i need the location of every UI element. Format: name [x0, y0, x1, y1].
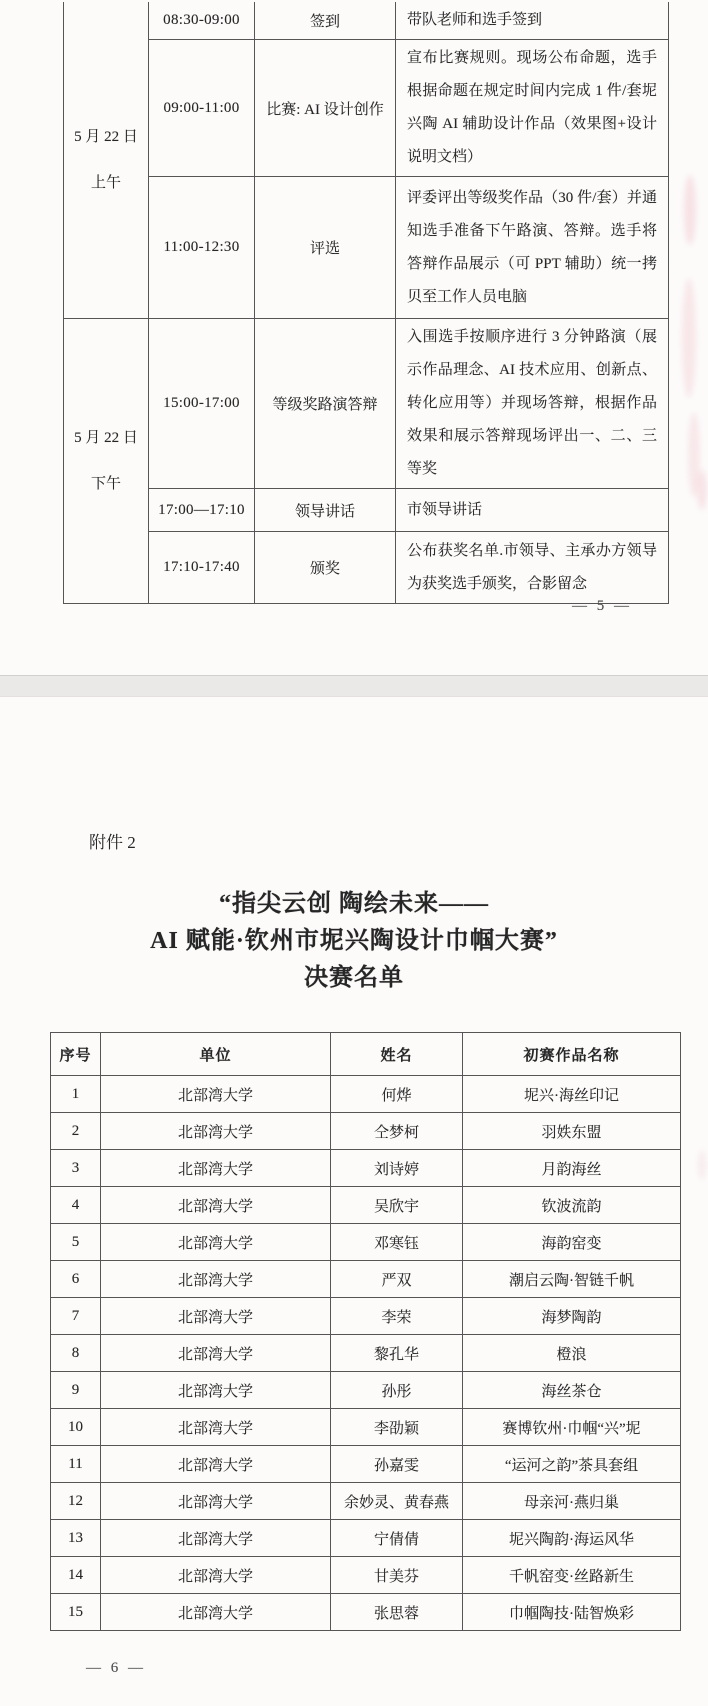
cell-unit: 北部湾大学 — [101, 1557, 331, 1594]
schedule-activity: 颁奖 — [255, 532, 396, 604]
table-row: 14 北部湾大学 甘美芬 千帆窑变·丝路新生 — [51, 1557, 681, 1594]
title-line-2: AI 赋能·钦州市坭兴陶设计巾帼大赛” — [0, 923, 708, 960]
schedule-table: 5 月 22 日 上午 08:30-09:00 签到 带队老师和选手签到 09:… — [63, 2, 669, 604]
table-row: 5 北部湾大学 邓寒钰 海韵窑变 — [51, 1224, 681, 1261]
schedule-detail: 市领导讲话 — [396, 489, 669, 532]
cell-unit: 北部湾大学 — [101, 1187, 331, 1224]
schedule-activity: 比赛: AI 设计创作 — [255, 40, 396, 177]
cell-no: 4 — [51, 1187, 101, 1224]
finalists-table: 序号 单位 姓名 初赛作品名称 1 北部湾大学 何烨 坭兴·海丝印记 2 北部湾… — [50, 1032, 681, 1631]
col-header-unit: 单位 — [101, 1033, 331, 1076]
schedule-session-afternoon: 5 月 22 日 下午 — [64, 319, 149, 604]
attachment-label: 附件 2 — [89, 828, 136, 853]
table-row: 13 北部湾大学 宁倩倩 坭兴陶韵·海运风华 — [51, 1520, 681, 1557]
scan-ink-smudge — [698, 1150, 706, 1180]
table-row: 15 北部湾大学 张思蓉 巾帼陶技·陆智焕彩 — [51, 1594, 681, 1631]
cell-no: 9 — [51, 1372, 101, 1409]
page-number-5: — 5 — — [572, 598, 632, 615]
cell-work: 母亲河·燕归巢 — [463, 1483, 681, 1520]
cell-work: 海韵窑变 — [463, 1224, 681, 1261]
schedule-time: 08:30-09:00 — [149, 2, 255, 40]
schedule-activity: 签到 — [255, 2, 396, 40]
cell-no: 15 — [51, 1594, 101, 1631]
schedule-time: 09:00-11:00 — [149, 40, 255, 177]
cell-name: 何烨 — [331, 1076, 463, 1113]
schedule-detail: 评委评出等级奖作品（30 件/套）并通知选手准备下午路演、答辩。选手将答辩作品展… — [396, 177, 669, 319]
cell-name: 李荣 — [331, 1298, 463, 1335]
scan-ink-smudge — [684, 175, 696, 245]
cell-work: 海丝茶仓 — [463, 1372, 681, 1409]
table-row: 8 北部湾大学 黎孔华 橙浪 — [51, 1335, 681, 1372]
schedule-detail: 带队老师和选手签到 — [396, 2, 669, 40]
cell-no: 1 — [51, 1076, 101, 1113]
page-break-divider — [0, 675, 708, 697]
cell-unit: 北部湾大学 — [101, 1483, 331, 1520]
cell-name: 孙彤 — [331, 1372, 463, 1409]
schedule-detail: 公布获奖名单.市领导、主承办方领导为获奖选手颁奖，合影留念 — [396, 532, 669, 604]
schedule-detail: 宣布比赛规则。现场公布命题，选手根据命题在规定时间内完成 1 件/套坭兴陶 AI… — [396, 40, 669, 177]
cell-name: 孙嘉雯 — [331, 1446, 463, 1483]
cell-no: 14 — [51, 1557, 101, 1594]
cell-work: 月韵海丝 — [463, 1150, 681, 1187]
cell-name: 邓寒钰 — [331, 1224, 463, 1261]
scan-ink-smudge — [682, 278, 696, 398]
schedule-time: 11:00-12:30 — [149, 177, 255, 319]
page-number-6: — 6 — — [86, 1660, 146, 1677]
cell-work: 赛博钦州·巾帼“兴”坭 — [463, 1409, 681, 1446]
table-row: 12 北部湾大学 余妙灵、黄春燕 母亲河·燕归巢 — [51, 1483, 681, 1520]
table-row: 7 北部湾大学 李荣 海梦陶韵 — [51, 1298, 681, 1335]
cell-no: 6 — [51, 1261, 101, 1298]
scan-ink-smudge — [688, 412, 700, 497]
cell-name: 李劭颖 — [331, 1409, 463, 1446]
cell-work: 千帆窑变·丝路新生 — [463, 1557, 681, 1594]
cell-no: 3 — [51, 1150, 101, 1187]
table-row: 3 北部湾大学 刘诗婷 月韵海丝 — [51, 1150, 681, 1187]
cell-work: 羽妷东盟 — [463, 1113, 681, 1150]
cell-name: 刘诗婷 — [331, 1150, 463, 1187]
cell-name: 仝梦柯 — [331, 1113, 463, 1150]
cell-name: 严双 — [331, 1261, 463, 1298]
finalists-header-row: 序号 单位 姓名 初赛作品名称 — [51, 1033, 681, 1076]
cell-work: 潮启云陶·智链千帆 — [463, 1261, 681, 1298]
cell-unit: 北部湾大学 — [101, 1520, 331, 1557]
schedule-activity: 评选 — [255, 177, 396, 319]
cell-unit: 北部湾大学 — [101, 1335, 331, 1372]
table-row: 6 北部湾大学 严双 潮启云陶·智链千帆 — [51, 1261, 681, 1298]
cell-name: 吴欣宇 — [331, 1187, 463, 1224]
cell-unit: 北部湾大学 — [101, 1298, 331, 1335]
document-title: “指尖云创 陶绘未来—— AI 赋能·钦州市坭兴陶设计巾帼大赛” 决赛名单 — [0, 886, 708, 997]
title-line-1: “指尖云创 陶绘未来—— — [0, 886, 708, 923]
schedule-time: 17:00—17:10 — [149, 489, 255, 532]
cell-name: 余妙灵、黄春燕 — [331, 1483, 463, 1520]
cell-unit: 北部湾大学 — [101, 1261, 331, 1298]
cell-work: 巾帼陶技·陆智焕彩 — [463, 1594, 681, 1631]
cell-work: 坭兴·海丝印记 — [463, 1076, 681, 1113]
schedule-time: 17:10-17:40 — [149, 532, 255, 604]
cell-no: 10 — [51, 1409, 101, 1446]
cell-name: 张思蓉 — [331, 1594, 463, 1631]
cell-no: 2 — [51, 1113, 101, 1150]
table-row: 11 北部湾大学 孙嘉雯 “运河之韵”茶具套组 — [51, 1446, 681, 1483]
table-row: 10 北部湾大学 李劭颖 赛博钦州·巾帼“兴”坭 — [51, 1409, 681, 1446]
col-header-no: 序号 — [51, 1033, 101, 1076]
cell-name: 宁倩倩 — [331, 1520, 463, 1557]
cell-unit: 北部湾大学 — [101, 1409, 331, 1446]
session-period: 下午 — [65, 461, 147, 507]
cell-unit: 北部湾大学 — [101, 1224, 331, 1261]
col-header-work: 初赛作品名称 — [463, 1033, 681, 1076]
table-row: 1 北部湾大学 何烨 坭兴·海丝印记 — [51, 1076, 681, 1113]
cell-name: 黎孔华 — [331, 1335, 463, 1372]
table-row: 2 北部湾大学 仝梦柯 羽妷东盟 — [51, 1113, 681, 1150]
session-period: 上午 — [65, 160, 147, 206]
table-row: 9 北部湾大学 孙彤 海丝茶仓 — [51, 1372, 681, 1409]
session-date: 5 月 22 日 — [65, 114, 147, 160]
cell-work: 坭兴陶韵·海运风华 — [463, 1520, 681, 1557]
cell-no: 7 — [51, 1298, 101, 1335]
cell-unit: 北部湾大学 — [101, 1446, 331, 1483]
cell-unit: 北部湾大学 — [101, 1076, 331, 1113]
col-header-name: 姓名 — [331, 1033, 463, 1076]
cell-no: 11 — [51, 1446, 101, 1483]
cell-no: 12 — [51, 1483, 101, 1520]
title-line-3: 决赛名单 — [0, 960, 708, 997]
cell-no: 8 — [51, 1335, 101, 1372]
schedule-detail: 入围选手按顺序进行 3 分钟路演（展示作品理念、AI 技术应用、创新点、转化应用… — [396, 319, 669, 489]
schedule-activity: 等级奖路演答辩 — [255, 319, 396, 489]
schedule-activity: 领导讲话 — [255, 489, 396, 532]
schedule-time: 15:00-17:00 — [149, 319, 255, 489]
cell-no: 13 — [51, 1520, 101, 1557]
cell-unit: 北部湾大学 — [101, 1372, 331, 1409]
scan-ink-smudge — [697, 470, 707, 510]
cell-work: 海梦陶韵 — [463, 1298, 681, 1335]
scanned-document-page: { "page1": { "schedule": { "sessions": [… — [0, 0, 708, 1706]
cell-no: 5 — [51, 1224, 101, 1261]
session-date: 5 月 22 日 — [65, 415, 147, 461]
schedule-session-morning: 5 月 22 日 上午 — [64, 2, 149, 319]
cell-work: 橙浪 — [463, 1335, 681, 1372]
cell-unit: 北部湾大学 — [101, 1594, 331, 1631]
cell-work: 钦波流韵 — [463, 1187, 681, 1224]
cell-unit: 北部湾大学 — [101, 1113, 331, 1150]
cell-work: “运河之韵”茶具套组 — [463, 1446, 681, 1483]
cell-name: 甘美芬 — [331, 1557, 463, 1594]
table-row: 4 北部湾大学 吴欣宇 钦波流韵 — [51, 1187, 681, 1224]
cell-unit: 北部湾大学 — [101, 1150, 331, 1187]
